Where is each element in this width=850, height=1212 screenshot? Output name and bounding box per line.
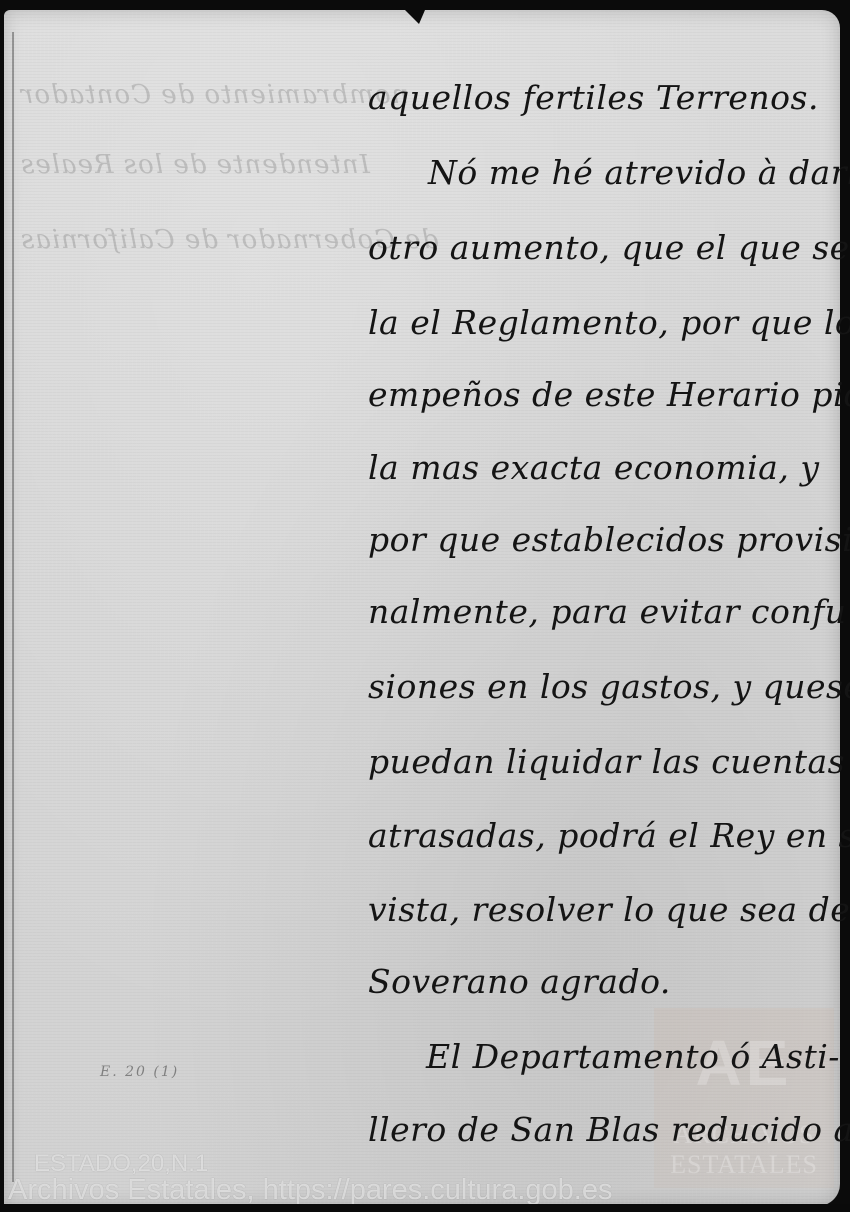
manuscript-line: puedan liquidar las cuentas [368,742,845,782]
manuscript-line: aquellos fertiles Terrenos. [368,78,819,118]
logo-text-line2: ESTATALES [654,1150,834,1180]
archive-credit: Archivos Estatales, https://pares.cultur… [8,1174,612,1207]
manuscript-line: vista, resolver lo que sea desu [368,890,850,930]
marginal-reference: E. 20 (1) [100,1064,179,1080]
manuscript-line: empeños de este Herario piden [368,375,850,415]
manuscript-line: El Departamento ó Asti- [426,1037,840,1077]
document-viewer: nombramiento de Contador Intendente de l… [0,0,850,1212]
archivos-estatales-logo: AE ARCHIVOS ESTATALES [654,1008,834,1188]
manuscript-line: Soverano agrado. [368,962,671,1002]
paper-tear [405,10,425,24]
manuscript-line: otro aumento, que el que seña [368,228,850,268]
manuscript-line: Nó me hé atrevido à darles [428,153,850,193]
manuscript-line: llero de San Blas reducido alos [368,1110,850,1150]
manuscript-line: la mas exacta economia, y [368,448,819,488]
manuscript-line: siones en los gastos, y quese [368,667,850,707]
manuscript-line: nalmente, para evitar confu [368,592,847,632]
manuscript-line: atrasadas, podrá el Rey en su [368,816,850,856]
manuscript-line: la el Reglamento, por que los [368,303,850,343]
manuscript-line: por que establecidos provisio- [368,520,850,560]
scan-border [0,1204,850,1212]
